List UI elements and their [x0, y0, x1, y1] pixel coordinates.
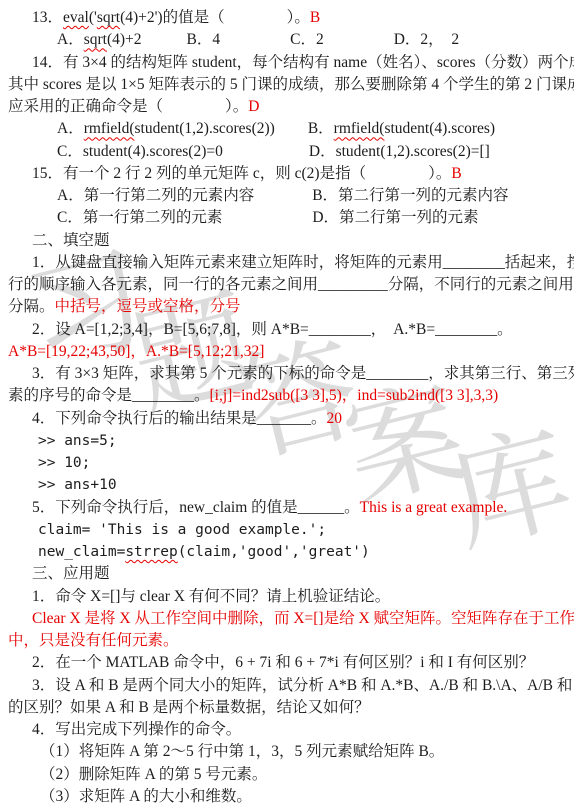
body-text: 素的序号的命令是________。 — [8, 387, 210, 404]
code-line: claim= 'This is a good example.'; — [0, 519, 574, 541]
document-line: 素的序号的命令是________。[i,j]=ind2sub([3 3],5)，… — [0, 385, 574, 407]
body-text: A． — [57, 31, 84, 48]
answer-text: Clear X 是将 X 从工作空间中删除，而 X=[]是给 X 赋空矩阵。空矩… — [32, 610, 574, 627]
code-line: >> ans+10 — [0, 474, 574, 496]
spellcheck-flagged-text: eval — [63, 9, 89, 26]
document-line: 的区别？如果 A 和 B 是两个标量数据，结论又如何？ — [0, 697, 574, 719]
body-text: claim= 'This is a good example.'; — [38, 522, 326, 538]
document-line: 1．命令 X=[]与 clear X 有何不同？请上机验证结论。 — [0, 586, 574, 608]
code-line: >> 10; — [0, 452, 574, 474]
body-text: 行的顺序输入各元素，同一行的各元素之间用_________分隔，不同行的元素之间… — [8, 276, 574, 293]
document-line: （1）将矩阵 A 第 2～5 行中第 1，3，5 列元素赋给矩阵 B。 — [0, 741, 574, 763]
body-text: B．第二行第一列的元素内容 — [312, 187, 508, 204]
body-text: 三、应用题 — [32, 565, 110, 582]
document-line: 其中 scores 是以 1×5 矩阵表示的 5 门课的成绩，那么要删除第 4 … — [0, 74, 574, 96]
body-text: (claim,'good','great') — [178, 544, 370, 560]
code-line: >> ans=5; — [0, 430, 574, 452]
spellcheck-flagged-text: rmfield( — [84, 120, 135, 137]
body-text: (4)+2')的值是（ ）。 — [120, 9, 310, 26]
answer-text: B — [310, 9, 320, 26]
body-text: C．student(4).scores(2)=0 — [57, 143, 223, 160]
body-text: 14．有 3×4 的结构矩阵 student，每个结构有 name（姓名）、sc… — [32, 54, 574, 71]
answer-text: A*B=[19,22;43,50]，A.*B=[5,12;21,32] — [8, 343, 264, 360]
body-text: 4．下列命令执行后的输出结果是_______。 — [32, 410, 327, 427]
body-text: 13． — [32, 9, 63, 26]
document-line: C．第一行第二列的元素D．第二行第一列的元素 — [0, 207, 574, 229]
body-text: 15．有一个 2 行 2 列的单元矩阵 c，则 c(2)是指（ ）。 — [32, 165, 451, 182]
spellcheck-flagged-text: sqrt — [97, 9, 120, 26]
body-text: >> 10; — [38, 455, 90, 471]
answer-text: B — [451, 165, 461, 182]
answer-text: 20 — [327, 410, 343, 427]
document-line: 4．写出完成下列操作的命令。 — [0, 719, 574, 741]
body-text: D．student(1,2).scores(2)=[] — [309, 143, 490, 160]
answer-text: 中括号，逗号或空格，分号 — [55, 298, 241, 315]
exam-document-page: { "page": { "text_color": "#1c1c1c", "an… — [0, 0, 574, 808]
body-text: 的区别？如果 A 和 B 是两个标量数据，结论又如何？ — [8, 699, 370, 716]
document-line: 2．在一个 MATLAB 命令中，6 + 7i 和 6 + 7*i 有何区别？i… — [0, 652, 574, 674]
answer-text: 中，只是没有任何元素。 — [8, 632, 179, 649]
document-line: 15．有一个 2 行 2 列的单元矩阵 c，则 c(2)是指（ ）。B — [0, 163, 574, 185]
body-text: 3．设 A 和 B 是两个同大小的矩阵，试分析 A*B 和 A.*B、A./B … — [32, 677, 574, 694]
spellcheck-flagged-text: strrep — [125, 544, 177, 560]
document-line: A．第一行第二列的元素内容B．第二行第一列的元素内容 — [0, 185, 574, 207]
body-text: C．2 — [290, 31, 324, 48]
document-line: （3）求矩阵 A 的大小和维数。 — [0, 786, 574, 808]
document-line: （2）删除矩阵 A 的第 5 号元素。 — [0, 764, 574, 786]
answer-text: This is a great example. — [360, 499, 508, 516]
document-line: 分隔。中括号，逗号或空格，分号 — [0, 296, 574, 318]
document-line: 3．有 3×3 矩阵，求其第 5 个元素的下标的命令是________，求其第三… — [0, 363, 574, 385]
body-text: 其中 scores 是以 1×5 矩阵表示的 5 门课的成绩，那么要删除第 4 … — [8, 76, 574, 93]
spellcheck-flagged-text: rmfield( — [334, 120, 385, 137]
body-text: (4)+2 — [107, 31, 142, 48]
body-text: B． — [308, 120, 334, 137]
body-text: C．第一行第二列的元素 — [57, 209, 222, 226]
document-line: 4．下列命令执行后的输出结果是_______。20 — [0, 408, 574, 430]
body-text: （3）求矩阵 A 的大小和维数。 — [40, 788, 252, 805]
body-text: B．4 — [187, 31, 221, 48]
body-text: 2．在一个 MATLAB 命令中，6 + 7i 和 6 + 7*i 有何区别？i… — [32, 654, 534, 671]
spellcheck-flagged-text: sqrt — [84, 31, 107, 48]
document-line: 应采用的正确命令是（ ）。D — [0, 96, 574, 118]
body-text: 1．从键盘直接输入矩阵元素来建立矩阵时，将矩阵的元素用________括起来，按… — [32, 254, 574, 271]
body-text: student(1,2).scores(2)) — [135, 120, 275, 137]
body-text: A．第一行第二列的元素内容 — [57, 187, 254, 204]
document-line: 14．有 3×4 的结构矩阵 student，每个结构有 name（姓名）、sc… — [0, 52, 574, 74]
document-line: A．rmfield(student(1,2).scores(2))B．rmfie… — [0, 118, 574, 140]
body-text: 4．写出完成下列操作的命令。 — [32, 721, 241, 738]
body-text: 5．下列命令执行后，new_claim 的值是______。 — [32, 499, 360, 516]
answer-text: D — [248, 98, 259, 115]
document-line: 三、应用题 — [0, 563, 574, 585]
document-line: Clear X 是将 X 从工作空间中删除，而 X=[]是给 X 赋空矩阵。空矩… — [0, 608, 574, 630]
body-text: (' — [89, 9, 97, 26]
document-line: 行的顺序输入各元素，同一行的各元素之间用_________分隔，不同行的元素之间… — [0, 274, 574, 296]
body-text: new_claim= — [38, 544, 125, 560]
body-text: （1）将矩阵 A 第 2～5 行中第 1，3，5 列元素赋给矩阵 B。 — [40, 743, 444, 760]
body-text: 应采用的正确命令是（ ）。 — [8, 98, 248, 115]
document-line: 二、填空题 — [0, 230, 574, 252]
body-text: D．第二行第一列的元素 — [312, 209, 478, 226]
document-line: A．sqrt(4)+2B．4C．2D．2， 2 — [0, 29, 574, 51]
document-line: 1．从键盘直接输入矩阵元素来建立矩阵时，将矩阵的元素用________括起来，按… — [0, 252, 574, 274]
code-line: new_claim=strrep(claim,'good','great') — [0, 541, 574, 563]
document-body: 13．eval('sqrt(4)+2')的值是（ ）。BA．sqrt(4)+2B… — [0, 0, 574, 808]
body-text: D．2， 2 — [394, 31, 459, 48]
document-line: A*B=[19,22;43,50]，A.*B=[5,12;21,32] — [0, 341, 574, 363]
body-text: A． — [57, 120, 84, 137]
body-text: student(4).scores) — [384, 120, 495, 137]
document-line: C．student(4).scores(2)=0D．student(1,2).s… — [0, 141, 574, 163]
document-line: 5．下列命令执行后，new_claim 的值是______。This is a … — [0, 497, 574, 519]
body-text: >> ans+10 — [38, 477, 117, 493]
body-text: （2）删除矩阵 A 的第 5 号元素。 — [40, 766, 267, 783]
document-line: 13．eval('sqrt(4)+2')的值是（ ）。B — [0, 7, 574, 29]
body-text: 3．有 3×3 矩阵，求其第 5 个元素的下标的命令是________，求其第三… — [32, 365, 574, 382]
document-line: 中，只是没有任何元素。 — [0, 630, 574, 652]
body-text: 分隔。 — [8, 298, 55, 315]
document-line: 2．设 A=[1,2;3,4]，B=[5,6;7,8]，则 A*B=______… — [0, 319, 574, 341]
document-line: 3．设 A 和 B 是两个同大小的矩阵，试分析 A*B 和 A.*B、A./B … — [0, 675, 574, 697]
body-text: 2．设 A=[1,2;3,4]，B=[5,6;7,8]，则 A*B=______… — [32, 321, 513, 338]
body-text: >> ans=5; — [38, 433, 117, 449]
answer-text: [i,j]=ind2sub([3 3],5)，ind=sub2ind([3 3]… — [210, 387, 499, 404]
body-text: 二、填空题 — [32, 232, 110, 249]
body-text: 1．命令 X=[]与 clear X 有何不同？请上机验证结论。 — [32, 588, 390, 605]
